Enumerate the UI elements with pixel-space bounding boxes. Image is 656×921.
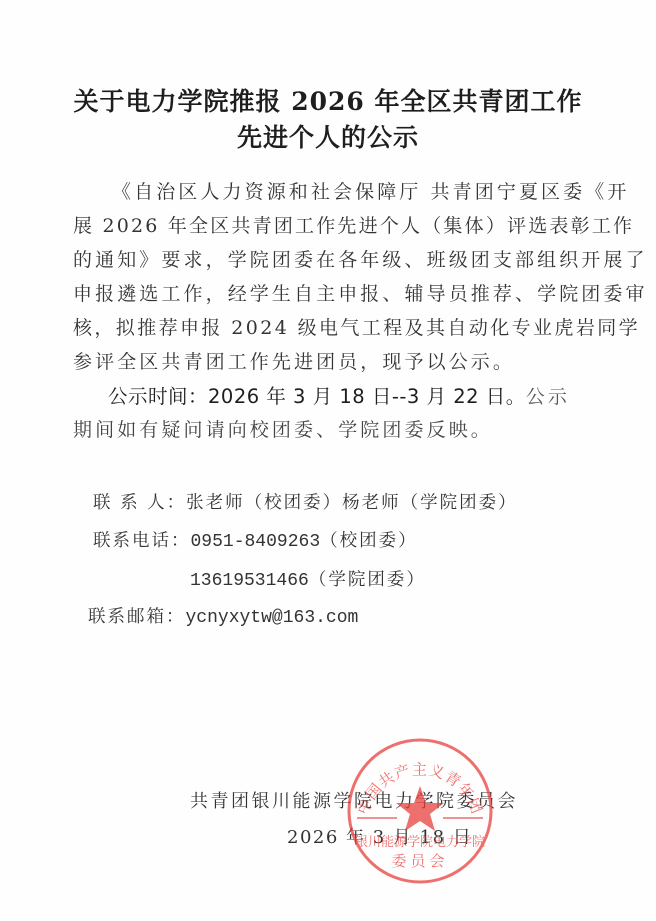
body-line-5: 核，拟推荐申报 2024 级电气工程及其自动化专业虎岩同学 xyxy=(73,313,640,340)
contact-person-value: 张老师（校团委）杨老师（学院团委） xyxy=(186,493,518,513)
contact-person-label: 联 系 人： xyxy=(93,493,186,513)
contact-email-row: 联系邮箱：ycnyxytw@163.com xyxy=(88,603,358,628)
document-title-line-2: 先进个人的公示 xyxy=(0,118,656,154)
signature-date: 2026 年 3 月 18 日 xyxy=(287,823,472,849)
notice-period-line-2: 期间如有疑问请向校团委、学院团委反映。 xyxy=(73,415,493,442)
contact-person-row: 联 系 人：张老师（校团委）杨老师（学院团委） xyxy=(93,489,518,514)
contact-phone-2-row: 13619531466（学院团委） xyxy=(190,566,426,591)
contact-phone-1: 0951-8409263 xyxy=(191,532,321,552)
signature-org: 共青团银川能源学院电力学院委员会 xyxy=(190,787,518,813)
body-line-1: 《自治区人力资源和社会保障厅 共青团宁夏区委《开 xyxy=(112,177,629,204)
body-line-2: 展 2026 年全区共青团工作先进个人（集体）评选表彰工作 xyxy=(73,211,634,238)
contact-phone-label: 联系电话： xyxy=(93,531,191,551)
contact-phone-2-org: （学院团委） xyxy=(309,570,426,590)
contact-phone-row: 联系电话：0951-8409263（校团委） xyxy=(93,527,418,552)
contact-email-value: ycnyxytw@163.com xyxy=(186,608,359,628)
svg-text:委员会: 委员会 xyxy=(391,852,448,870)
contact-phone-2: 13619531466 xyxy=(190,571,309,591)
document-title-line-1: 关于电力学院推报 2026 年全区共青团工作 xyxy=(0,82,656,118)
body-line-4: 申报遴选工作，经学生自主申报、辅导员推荐、学院团委审 xyxy=(73,279,648,306)
notice-period-line: 公示时间：2026 年 3 月 18 日--3 月 22 日。公示 xyxy=(108,381,570,409)
notice-period-tail: 公示 xyxy=(526,386,570,408)
body-line-6: 参评全区共青团工作先进团员，现予以公示。 xyxy=(73,347,515,374)
contact-phone-1-org: （校团委） xyxy=(320,531,418,551)
contact-email-label: 联系邮箱： xyxy=(88,607,186,627)
notice-period-bold: 公示时间：2026 年 3 月 18 日--3 月 22 日。 xyxy=(108,385,526,408)
body-line-3: 的通知》要求，学院团委在各年级、班级团支部组织开展了 xyxy=(73,245,648,272)
